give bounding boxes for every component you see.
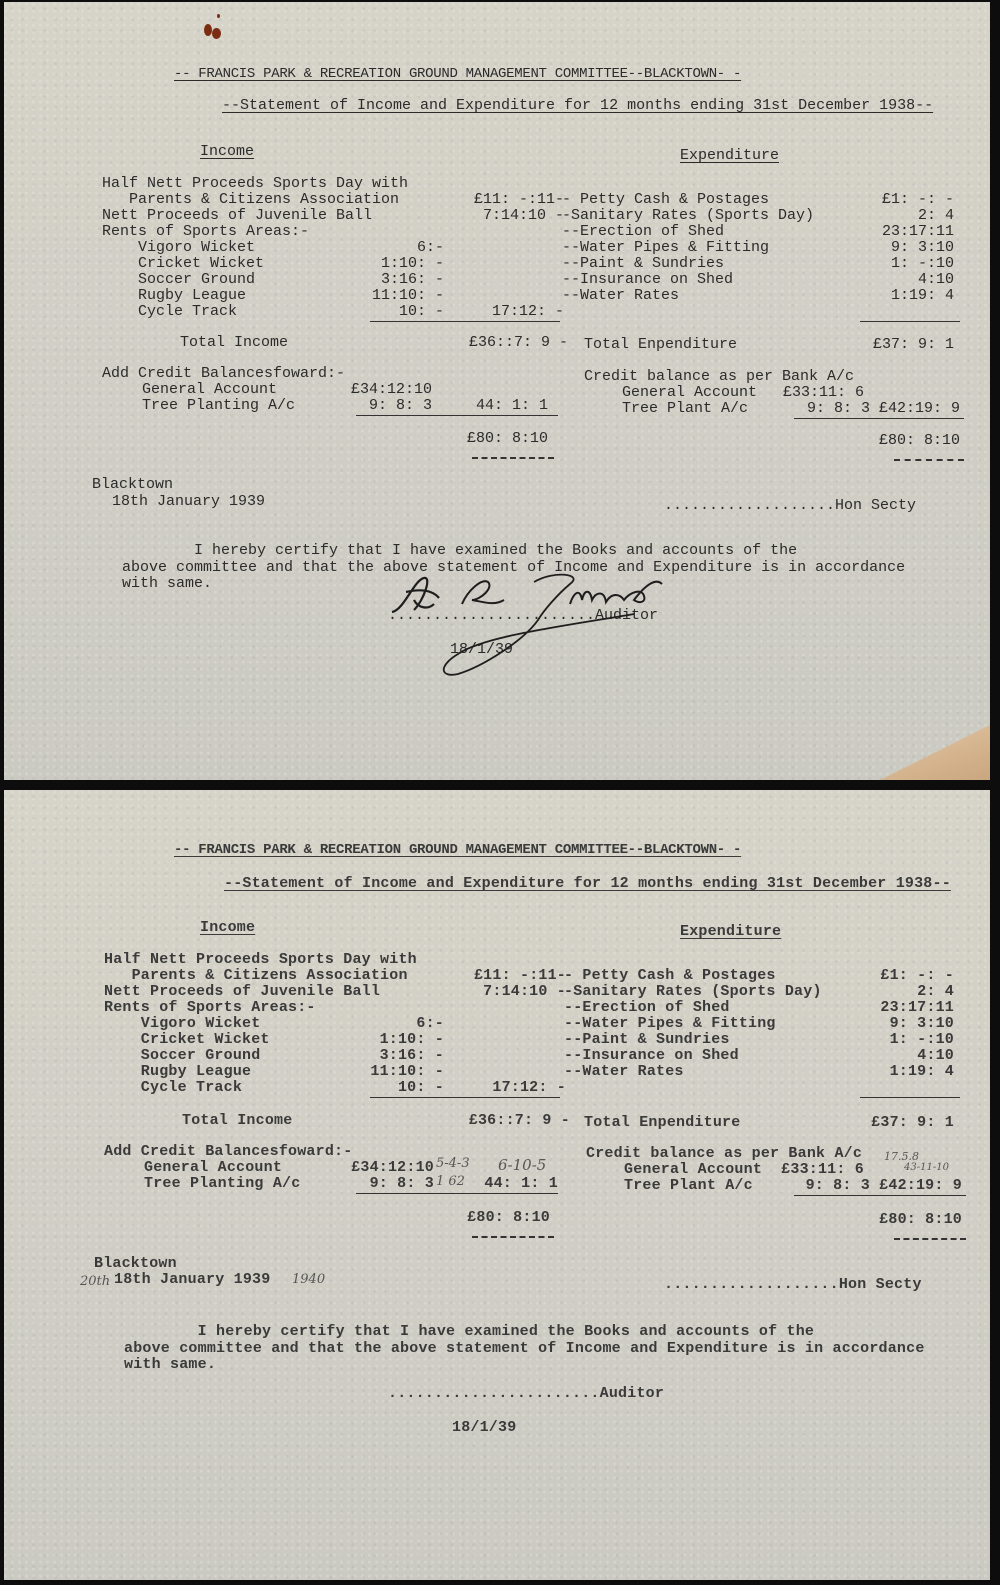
expenditure-credit-amount: £33:11: 6 bbox=[744, 385, 864, 401]
expenditure-credit-label: Tree Plant A/c bbox=[624, 1178, 753, 1194]
expenditure-amount: 1:19: 4 bbox=[824, 1064, 954, 1080]
expenditure-amount: £1: -: - bbox=[824, 968, 954, 984]
underline-rule bbox=[860, 321, 960, 322]
income-item-label: Half Nett Proceeds Sports Day with bbox=[104, 952, 417, 968]
income-sub-amount: 10: - bbox=[304, 304, 444, 320]
expenditure-item-label: -Sanitary Rates (Sports Day) bbox=[564, 984, 822, 1000]
secretary-signature-line: ...................Hon Secty bbox=[664, 498, 916, 514]
double-rule bbox=[894, 459, 964, 461]
underline-rule bbox=[356, 1193, 558, 1194]
expenditure-item-label: -Sanitary Rates (Sports Day) bbox=[562, 208, 814, 224]
underline-rule bbox=[794, 418, 964, 419]
total-income-value: £36::7: 9 - bbox=[424, 1113, 570, 1129]
income-item-label: Rents of Sports Areas:- bbox=[104, 1000, 316, 1016]
underline-rule bbox=[370, 1097, 560, 1098]
expenditure-item-label: --Water Pipes & Fitting bbox=[564, 1016, 776, 1032]
total-income-label: Total Income bbox=[180, 335, 288, 351]
document-page-carbon-copy: -- FRANCIS PARK & RECREATION GROUND MANA… bbox=[4, 790, 990, 1580]
certificate-line: I hereby certify that I have examined th… bbox=[124, 1324, 814, 1340]
income-credit-total: 44: 1: 1 bbox=[424, 398, 548, 414]
income-sub-amount: 1:10: - bbox=[304, 256, 444, 272]
total-expenditure-value: £37: 9: 1 bbox=[824, 1115, 954, 1131]
handwritten-note: 1 62 bbox=[436, 1174, 465, 1189]
handwritten-note: 5-4-3 bbox=[436, 1156, 470, 1171]
expenditure-title: Expenditure bbox=[680, 924, 781, 940]
income-item-label: Nett Proceeds of Juvenile Ball bbox=[102, 208, 372, 224]
expenditure-amount: 4:10 bbox=[824, 1048, 954, 1064]
income-title: Income bbox=[200, 144, 254, 160]
income-item-label: Parents & Citizens Association bbox=[102, 192, 399, 208]
income-item-label: Rents of Sports Areas:- bbox=[102, 224, 309, 240]
stain-mark bbox=[212, 28, 221, 39]
handwritten-note: 20th bbox=[80, 1274, 110, 1289]
income-amount: £11: -:11- bbox=[424, 192, 564, 208]
income-sub-amount: 11:10: - bbox=[304, 1064, 444, 1080]
expenditure-item-label: --Paint & Sundries bbox=[564, 1032, 730, 1048]
income-grand-total: £80: 8:10 bbox=[424, 431, 548, 447]
income-credit-label: General Account bbox=[144, 1160, 282, 1176]
income-credit-amount: 9: 8: 3 bbox=[304, 1176, 434, 1192]
date: 18th January 1939 bbox=[112, 494, 265, 510]
handwritten-note: 43-11-10 bbox=[904, 1162, 949, 1173]
expenditure-item-label: --Erection of Shed bbox=[564, 1000, 730, 1016]
income-credit-label: General Account bbox=[142, 382, 277, 398]
expenditure-credit-label: General Account bbox=[622, 385, 757, 401]
expenditure-amount: 9: 3:10 bbox=[824, 240, 954, 256]
underline-rule bbox=[356, 415, 558, 416]
page-heading: -- FRANCIS PARK & RECREATION GROUND MANA… bbox=[174, 66, 741, 82]
income-credit-heading: Add Credit Balancesfoward:- bbox=[104, 1144, 352, 1160]
income-sub-amount: 3:16: - bbox=[304, 1048, 444, 1064]
expenditure-amount: 23:17:11 bbox=[824, 1000, 954, 1016]
underline-rule bbox=[794, 1195, 966, 1196]
income-amount: 7:14:10 - bbox=[424, 208, 564, 224]
income-amount: 17:12: - bbox=[424, 1080, 566, 1096]
page-subheading: --Statement of Income and Expenditure fo… bbox=[224, 876, 951, 892]
income-credit-label: Tree Planting A/c bbox=[142, 398, 295, 414]
income-grand-total: £80: 8:10 bbox=[424, 1210, 550, 1226]
total-expenditure-label: Total Enpenditure bbox=[584, 337, 737, 353]
income-item-label: Rugby League bbox=[102, 288, 246, 304]
income-sub-amount: 3:16: - bbox=[304, 272, 444, 288]
income-item-label: Soccer Ground bbox=[102, 272, 255, 288]
income-sub-amount: 10: - bbox=[304, 1080, 444, 1096]
expenditure-item-label: - Petty Cash & Postages bbox=[562, 192, 769, 208]
expenditure-credit-total: £42:19: 9 bbox=[834, 401, 960, 417]
auditor-date: 18/1/39 bbox=[452, 1420, 516, 1436]
income-sub-amount: 11:10: - bbox=[304, 288, 444, 304]
expenditure-credit-total: £42:19: 9 bbox=[834, 1178, 962, 1194]
folded-corner bbox=[880, 725, 990, 780]
expenditure-amount: 9: 3:10 bbox=[824, 1016, 954, 1032]
underline-rule bbox=[860, 1097, 960, 1098]
income-sub-amount: 6:- bbox=[304, 240, 444, 256]
double-rule bbox=[472, 457, 554, 459]
income-item-label: Vigoro Wicket bbox=[104, 1016, 260, 1032]
income-item-label: Parents & Citizens Association bbox=[104, 968, 408, 984]
double-rule bbox=[894, 1238, 966, 1240]
total-income-label: Total Income bbox=[182, 1113, 292, 1129]
income-item-label: Rugby League bbox=[104, 1064, 251, 1080]
income-credit-amount: 9: 8: 3 bbox=[304, 398, 432, 414]
expenditure-title: Expenditure bbox=[680, 148, 779, 164]
expenditure-amount: 1: -:10 bbox=[824, 1032, 954, 1048]
income-sub-amount: 6:- bbox=[304, 1016, 444, 1032]
expenditure-credit-label: Tree Plant A/c bbox=[622, 401, 748, 417]
expenditure-amount: £1: -: - bbox=[824, 192, 954, 208]
expenditure-item-label: --Insurance on Shed bbox=[564, 1048, 739, 1064]
income-title: Income bbox=[200, 920, 255, 936]
income-item-label: Cycle Track bbox=[104, 1080, 242, 1096]
income-amount: 7:14:10 - bbox=[424, 984, 566, 1000]
income-item-label: Half Nett Proceeds Sports Day with bbox=[102, 176, 408, 192]
total-expenditure-label: Total Enpenditure bbox=[584, 1115, 740, 1131]
income-credit-label: Tree Planting A/c bbox=[144, 1176, 300, 1192]
certificate-line: above committee and that the above state… bbox=[124, 1341, 925, 1357]
expenditure-credit-heading: Credit balance as per Bank A/c bbox=[584, 369, 854, 385]
income-amount: 17:12: - bbox=[424, 304, 564, 320]
income-item-label: Soccer Ground bbox=[104, 1048, 260, 1064]
income-item-label: Cricket Wicket bbox=[102, 256, 264, 272]
secretary-signature-line: ...................Hon Secty bbox=[664, 1277, 922, 1293]
stain-mark bbox=[217, 14, 220, 18]
expenditure-item-label: --Erection of Shed bbox=[562, 224, 724, 240]
income-sub-amount: 1:10: - bbox=[304, 1032, 444, 1048]
expenditure-grand-total: £80: 8:10 bbox=[834, 433, 960, 449]
expenditure-amount: 4:10 bbox=[824, 272, 954, 288]
expenditure-item-label: --Paint & Sundries bbox=[562, 256, 724, 272]
place: Blacktown bbox=[92, 477, 173, 493]
expenditure-item-label: --Insurance on Shed bbox=[562, 272, 733, 288]
expenditure-amount: 1: -:10 bbox=[824, 256, 954, 272]
total-expenditure-value: £37: 9: 1 bbox=[824, 337, 954, 353]
expenditure-amount: 23:17:11 bbox=[824, 224, 954, 240]
expenditure-credit-heading: Credit balance as per Bank A/c bbox=[586, 1146, 862, 1162]
auditor-signature-line: .......................Auditor bbox=[388, 1386, 664, 1402]
income-credit-amount: £34:12:10 bbox=[304, 382, 432, 398]
expenditure-item-label: - Petty Cash & Postages bbox=[564, 968, 776, 984]
income-credit-amount: £34:12:10 bbox=[304, 1160, 434, 1176]
income-credit-heading: Add Credit Balancesfoward:- bbox=[102, 366, 345, 382]
auditor-signature bbox=[384, 570, 704, 680]
stain-mark bbox=[204, 24, 212, 36]
certificate-line: with same. bbox=[122, 576, 212, 592]
income-amount: £11: -:11- bbox=[424, 968, 566, 984]
expenditure-credit-label: General Account bbox=[624, 1162, 762, 1178]
double-rule bbox=[472, 1236, 554, 1238]
document-page-original: -- FRANCIS PARK & RECREATION GROUND MANA… bbox=[4, 2, 990, 780]
income-item-label: Cycle Track bbox=[102, 304, 237, 320]
page-heading: -- FRANCIS PARK & RECREATION GROUND MANA… bbox=[174, 842, 741, 858]
expenditure-item-label: --Water Rates bbox=[564, 1064, 684, 1080]
total-income-value: £36::7: 9 - bbox=[424, 335, 568, 351]
certificate-line: I hereby certify that I have examined th… bbox=[122, 543, 797, 559]
underline-rule bbox=[370, 321, 560, 322]
expenditure-amount: 1:19: 4 bbox=[824, 288, 954, 304]
expenditure-item-label: --Water Pipes & Fitting bbox=[562, 240, 769, 256]
page-subheading: --Statement of Income and Expenditure fo… bbox=[222, 98, 933, 114]
income-item-label: Cricket Wicket bbox=[104, 1032, 270, 1048]
date: 18th January 1939 bbox=[114, 1272, 270, 1288]
place: Blacktown bbox=[94, 1256, 177, 1272]
income-item-label: Vigoro Wicket bbox=[102, 240, 255, 256]
handwritten-note: 6-10-5 bbox=[498, 1156, 546, 1174]
certificate-line: with same. bbox=[124, 1357, 216, 1373]
expenditure-credit-amount: £33:11: 6 bbox=[744, 1162, 864, 1178]
expenditure-grand-total: £80: 8:10 bbox=[834, 1212, 962, 1228]
expenditure-item-label: --Water Rates bbox=[562, 288, 679, 304]
expenditure-amount: 2: 4 bbox=[824, 984, 954, 1000]
handwritten-note: 1940 bbox=[292, 1272, 325, 1287]
income-item-label: Nett Proceeds of Juvenile Ball bbox=[104, 984, 380, 1000]
expenditure-amount: 2: 4 bbox=[824, 208, 954, 224]
